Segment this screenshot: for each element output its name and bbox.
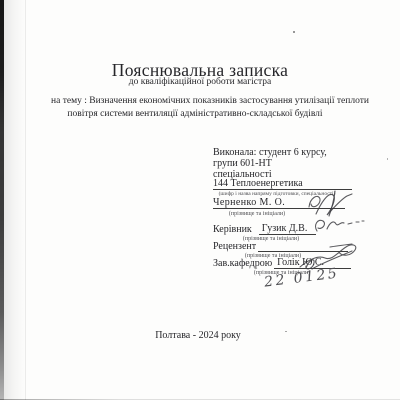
footer-location-year: Полтава - 2024 року — [0, 330, 400, 342]
department-head-label: Зав.кафедрою — [213, 258, 272, 269]
author-name-caption: (прізвище та ініціали) — [229, 211, 285, 217]
supervisor-label: Керівник — [213, 224, 252, 235]
scan-speck — [293, 31, 295, 33]
document-subtitle: до кваліфікаційної роботи магістра — [0, 77, 400, 88]
thesis-theme-line1: на тему : Визначення економічних показни… — [0, 95, 400, 108]
thesis-theme: на тему : Визначення економічних показни… — [0, 95, 400, 120]
author-role-line: Виконала: студент 6 курсу, — [213, 147, 327, 158]
reviewer-label: Рецензент — [213, 241, 256, 252]
specialty-field: 144 Теплоенергетика — [213, 179, 352, 190]
supervisor-name-field: Гузик Д.В. — [259, 223, 316, 235]
department-head-name-field: Голік Ю.С. — [274, 257, 351, 269]
author-group-line: групи 601-НТ — [213, 158, 272, 169]
reviewer-name-field — [258, 240, 348, 252]
supervisor-signature-icon — [316, 220, 364, 231]
scan-speck — [387, 158, 388, 160]
thesis-theme-line2: повітря системи вентиляції адміністратив… — [0, 108, 400, 121]
reviewer-row: Рецензент — [213, 240, 348, 252]
scanned-title-page: Пояснювальна записка до кваліфікаційної … — [0, 0, 400, 400]
author-name-field: Черненко М. О. — [213, 198, 345, 209]
supervisor-row: Керівник Гузик Д.В. — [213, 223, 316, 235]
